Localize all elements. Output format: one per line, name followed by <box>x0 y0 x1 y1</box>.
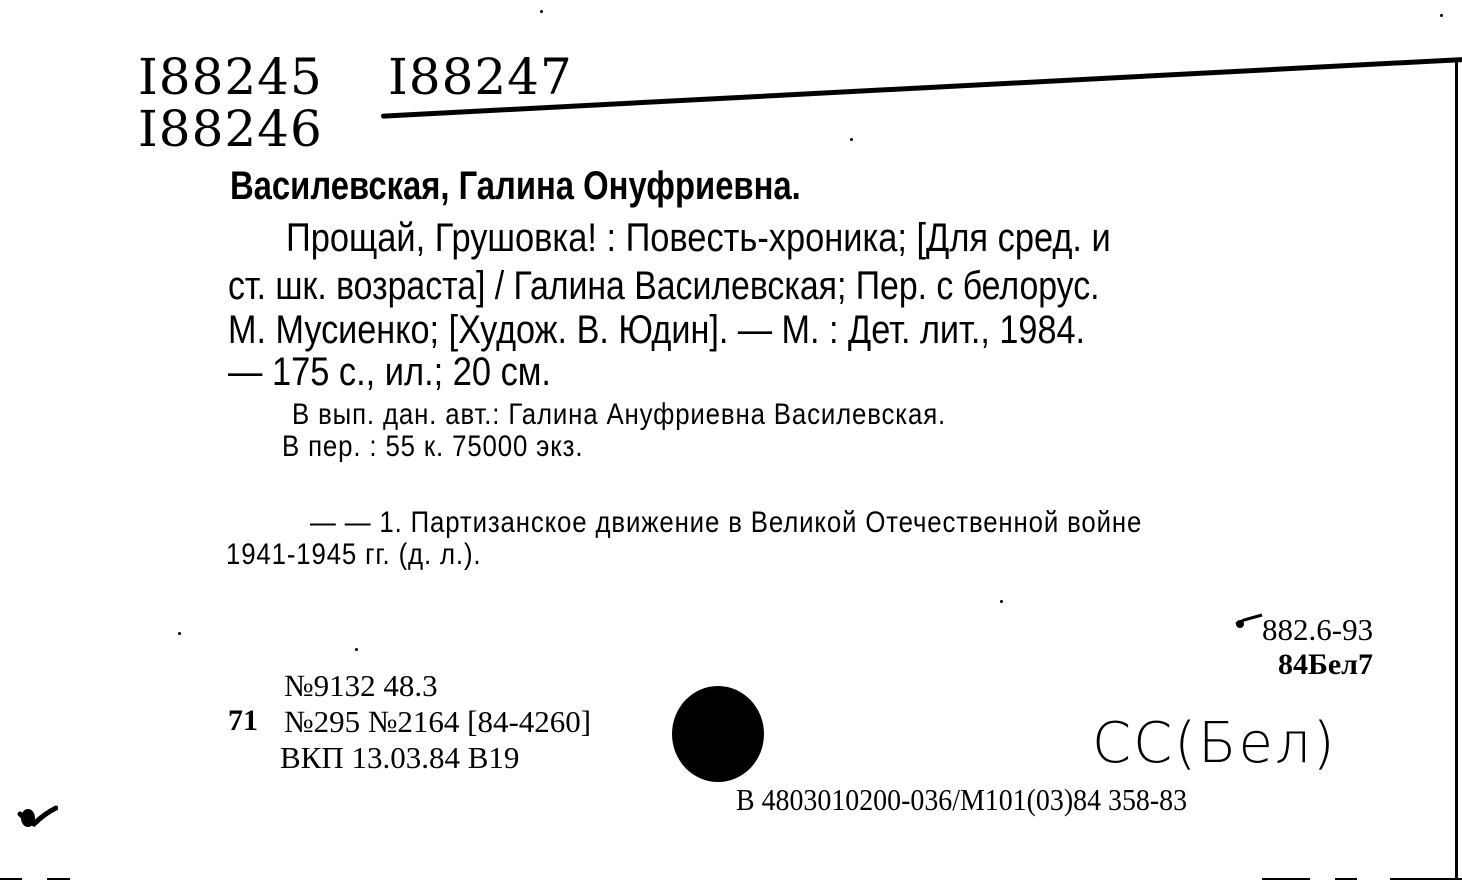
subject-line-2: 1941-1945 гг. (д. л.). <box>226 540 481 570</box>
description-line-4: — 175 с., ил.; 20 см. <box>228 352 551 392</box>
imprint-line-3: ВКП 13.03.84 В19 <box>280 742 519 773</box>
description-line-2: ст. шк. возраста] / Галина Василевская; … <box>228 266 1099 306</box>
scan-speck <box>355 648 358 651</box>
punch-hole <box>672 686 764 782</box>
handwritten-note: СС(Бел) <box>1092 716 1337 772</box>
imprint-prefix: 71 <box>228 706 258 736</box>
card-border-right <box>1455 60 1458 880</box>
imprint-line-1: №9132 48.3 <box>284 670 438 701</box>
inventory-number-struck: I88247 <box>388 52 1462 102</box>
description-line-1: Прощай, Грушовка! : Повесть-хроника; [Дл… <box>286 218 1111 258</box>
scan-speck <box>178 632 181 635</box>
udc-index: 882.6-93 <box>1262 614 1373 645</box>
note-price-print-run: В пер. : 55 к. 75000 экз. <box>282 432 583 462</box>
pen-mark-icon <box>1234 612 1264 630</box>
subject-line-1: — — 1. Партизанское движение в Великой О… <box>310 508 1142 538</box>
imprint-line-2: №295 №2164 [84-4260] <box>284 706 591 737</box>
scan-speck <box>540 10 543 13</box>
bottom-code: В 4803010200-036/М101(03)84 358-83 <box>736 784 1187 815</box>
bbk-index: 84Бел7 <box>1278 650 1373 680</box>
inventory-number-2: I88246 <box>138 104 323 154</box>
inventory-number-1: I88245 <box>138 52 323 102</box>
scan-speck <box>850 138 853 141</box>
description-line-3: М. Мусиенко; [Худож. В. Юдин]. — М. : Де… <box>228 310 1085 350</box>
note-author-data: В вып. дан. авт.: Галина Ануфриевна Васи… <box>292 400 946 430</box>
scan-speck <box>1000 600 1003 603</box>
author-heading: Василевская, Галина Онуфриевна. <box>230 166 801 206</box>
checkmark-icon <box>14 802 58 832</box>
catalog-card: I88245 I88247 I88246 Василевская, Галина… <box>0 0 1462 880</box>
scan-speck <box>1440 14 1443 17</box>
